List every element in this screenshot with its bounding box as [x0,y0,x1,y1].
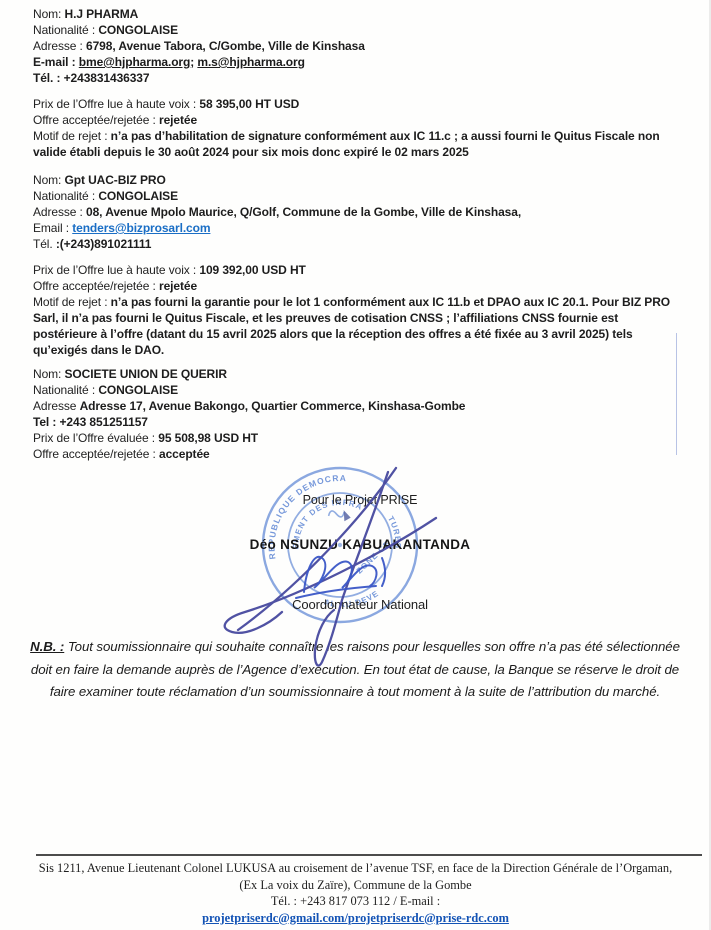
status-label: Offre acceptée/rejetée : [33,113,159,127]
signatory-name: Déo NSUNZU KABUAKANTANDA [200,537,520,553]
status-row: Offre acceptée/rejetée : acceptée [33,446,674,462]
phone-label: Tel : [33,415,60,429]
footer-address-line1: Sis 1211, Avenue Lieutenant Colonel LUKU… [0,860,711,877]
rejection-reason: Motif de rejet : n’a pas fourni la garan… [33,294,674,358]
email-link-1[interactable]: bme@hjpharma.org [79,55,190,69]
offer-block-uac-biz-pro: Prix de l’Offre lue à haute voix : 109 3… [33,262,674,358]
bidder-name-row: Nom: H.J PHARMA [33,6,674,22]
phone-row: Tel : +243 851251157 [33,414,674,430]
address-row: Adresse : 6798, Avenue Tabora, C/Gombe, … [33,38,674,54]
nom-value: H.J PHARMA [65,7,139,21]
scan-artifact-blue-line [676,333,677,455]
nom-label: Nom: [33,173,65,187]
nationality-label: Nationalité : [33,23,98,37]
email-row: Email : tenders@bizprosarl.com [33,220,674,236]
phone-label: Tél. [33,237,56,251]
nationality-value: CONGOLAISE [98,23,178,37]
stamp-emblem-icon [328,508,345,520]
footer-address-line2: (Ex La voix du Zaïre), Commune de la Gom… [0,877,711,894]
address-row: Adresse Adresse 17, Avenue Bakongo, Quar… [33,398,674,414]
bidder-name-row: Nom: SOCIETE UNION DE QUERIR [33,366,674,382]
address-value: 6798, Avenue Tabora, C/Gombe, Ville de K… [86,39,365,53]
address-label: Adresse [33,399,80,413]
price-value: 58 395,00 HT USD [199,97,299,111]
address-label: Adresse : [33,39,86,53]
address-label: Adresse : [33,205,86,219]
bidder-name-row: Nom: Gpt UAC-BIZ PRO [33,172,674,188]
nationality-row: Nationalité : CONGOLAISE [33,188,674,204]
nationality-row: Nationalité : CONGOLAISE [33,22,674,38]
address-value: Adresse 17, Avenue Bakongo, Quartier Com… [80,399,466,413]
phone-value: +243 851251157 [60,415,148,429]
address-value: 08, Avenue Mpolo Maurice, Q/Golf, Commun… [86,205,521,219]
bidder-block-hj-pharma: Nom: H.J PHARMA Nationalité : CONGOLAISE… [33,6,674,86]
phone-row: Tél. :(+243)891021111 [33,236,674,252]
nationality-label: Nationalité : [33,383,98,397]
nb-note: N.B. : Tout soumissionnaire qui souhaite… [25,636,685,704]
phone-row: Tél. : +243831436337 [33,70,674,86]
footer-divider [36,854,702,856]
status-row: Offre acceptée/rejetée : rejetée [33,112,674,128]
document-body: Nom: H.J PHARMA Nationalité : CONGOLAISE… [0,0,676,462]
nationality-row: Nationalité : CONGOLAISE [33,382,674,398]
email-link[interactable]: tenders@bizprosarl.com [72,221,210,235]
status-value: rejetée [159,113,197,127]
rejection-label: Motif de rejet : [33,295,111,309]
email-label: E-mail : [33,55,79,69]
status-value: acceptée [159,447,210,461]
price-row: Prix de l’Offre lue à haute voix : 109 3… [33,262,674,278]
address-row: Adresse : 08, Avenue Mpolo Maurice, Q/Go… [33,204,674,220]
scanned-tender-document: Nom: H.J PHARMA Nationalité : CONGOLAISE… [0,0,711,930]
nom-label: Nom: [33,367,65,381]
signatory-role: Coordonnateur National [200,597,520,613]
rejection-label: Motif de rejet : [33,129,111,143]
nationality-label: Nationalité : [33,189,98,203]
email-row: E-mail : bme@hjpharma.org; m.s@hjpharma.… [33,54,674,70]
nom-label: Nom: [33,7,65,21]
rejection-text: n’a pas d’habilitation de signature conf… [33,129,660,159]
nom-value: Gpt UAC-BIZ PRO [65,173,166,187]
phone-label: Tél. : [33,71,64,85]
email-link-2[interactable]: m.s@hjpharma.org [197,55,304,69]
price-row: Prix de l’Offre évaluée : 95 508,98 USD … [33,430,674,446]
email-label: Email : [33,221,72,235]
phone-value: :(+243)891021111 [56,237,152,251]
nom-value: SOCIETE UNION DE QUERIR [65,367,227,381]
footer: Sis 1211, Avenue Lieutenant Colonel LUKU… [0,860,711,926]
price-value: 109 392,00 USD HT [199,263,305,277]
status-row: Offre acceptée/rejetée : rejetée [33,278,674,294]
bidder-block-uac-biz-pro: Nom: Gpt UAC-BIZ PRO Nationalité : CONGO… [33,172,674,252]
price-value: 95 508,98 USD HT [158,431,258,445]
rejection-text: n’a pas fourni la garantie pour le lot 1… [33,295,670,357]
rejection-reason: Motif de rejet : n’a pas d’habilitation … [33,128,674,160]
nb-prefix: N.B. : [30,639,64,654]
signature-for-line: Pour le Projet PRISE [200,492,520,508]
status-label: Offre acceptée/rejetée : [33,279,159,293]
bidder-block-union-de-querir: Nom: SOCIETE UNION DE QUERIR Nationalité… [33,366,674,462]
price-label: Prix de l’Offre lue à haute voix : [33,97,199,111]
status-label: Offre acceptée/rejetée : [33,447,159,461]
price-row: Prix de l’Offre lue à haute voix : 58 39… [33,96,674,112]
nationality-value: CONGOLAISE [98,383,178,397]
nationality-value: CONGOLAISE [98,189,178,203]
phone-value: +243831436337 [64,71,150,85]
price-label: Prix de l’Offre lue à haute voix : [33,263,199,277]
offer-block-hj-pharma: Prix de l’Offre lue à haute voix : 58 39… [33,96,674,160]
footer-phone-line: Tél. : +243 817 073 112 / E-mail : [0,893,711,910]
status-value: rejetée [159,279,197,293]
footer-email-link[interactable]: projetpriserdc@gmail.com/projetpriserdc@… [202,911,509,925]
price-label: Prix de l’Offre évaluée : [33,431,158,445]
nb-text: Tout soumissionnaire qui souhaite connaî… [31,639,680,699]
